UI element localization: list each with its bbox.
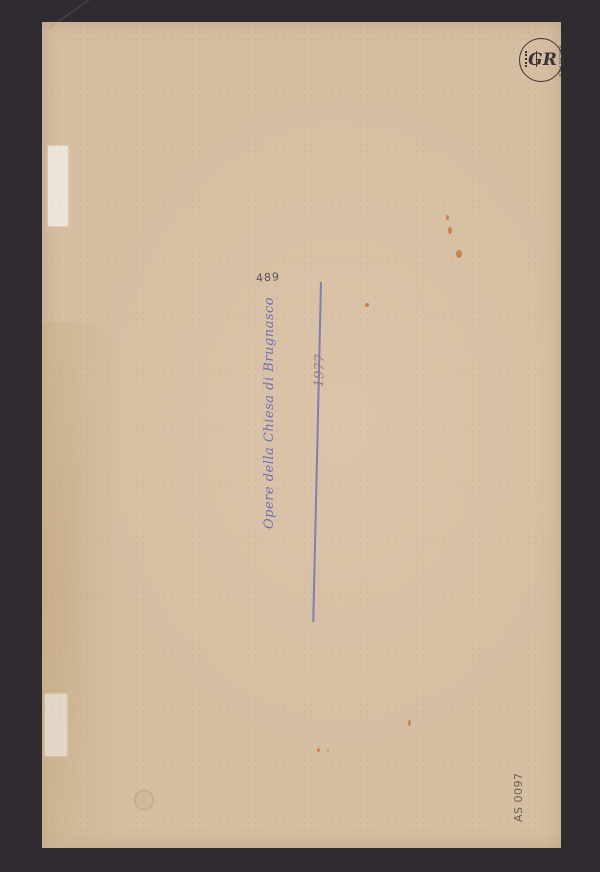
water-stain xyxy=(42,322,120,842)
archive-stamp: GR ARCHIVES xyxy=(519,38,563,82)
foxing-spot xyxy=(365,303,369,307)
foxing-spot xyxy=(446,215,449,220)
underline-rule xyxy=(312,282,321,622)
tape-strip-bottom xyxy=(45,694,67,756)
tape-strip-top xyxy=(48,146,68,226)
foxing-spot xyxy=(408,720,411,726)
crown-icon xyxy=(525,51,537,67)
year-annotation: 1977 xyxy=(312,354,328,388)
foxing-spot xyxy=(317,748,320,752)
foxing-spot xyxy=(456,250,462,258)
archive-number: AS 0097 xyxy=(512,773,525,823)
foxing-spot xyxy=(448,227,452,234)
pencil-number: 489 xyxy=(256,270,281,285)
stamp-ring-text: ARCHIVES xyxy=(557,45,563,77)
faint-ring-stain xyxy=(134,790,154,810)
foxing-spot xyxy=(327,749,329,752)
document-sheet: GR ARCHIVES 489 Opere della Chiesa di Br… xyxy=(42,22,561,848)
corner-crease xyxy=(48,0,132,78)
handwritten-inscription: Opere della Chiesa di Brugnasco xyxy=(262,329,286,529)
